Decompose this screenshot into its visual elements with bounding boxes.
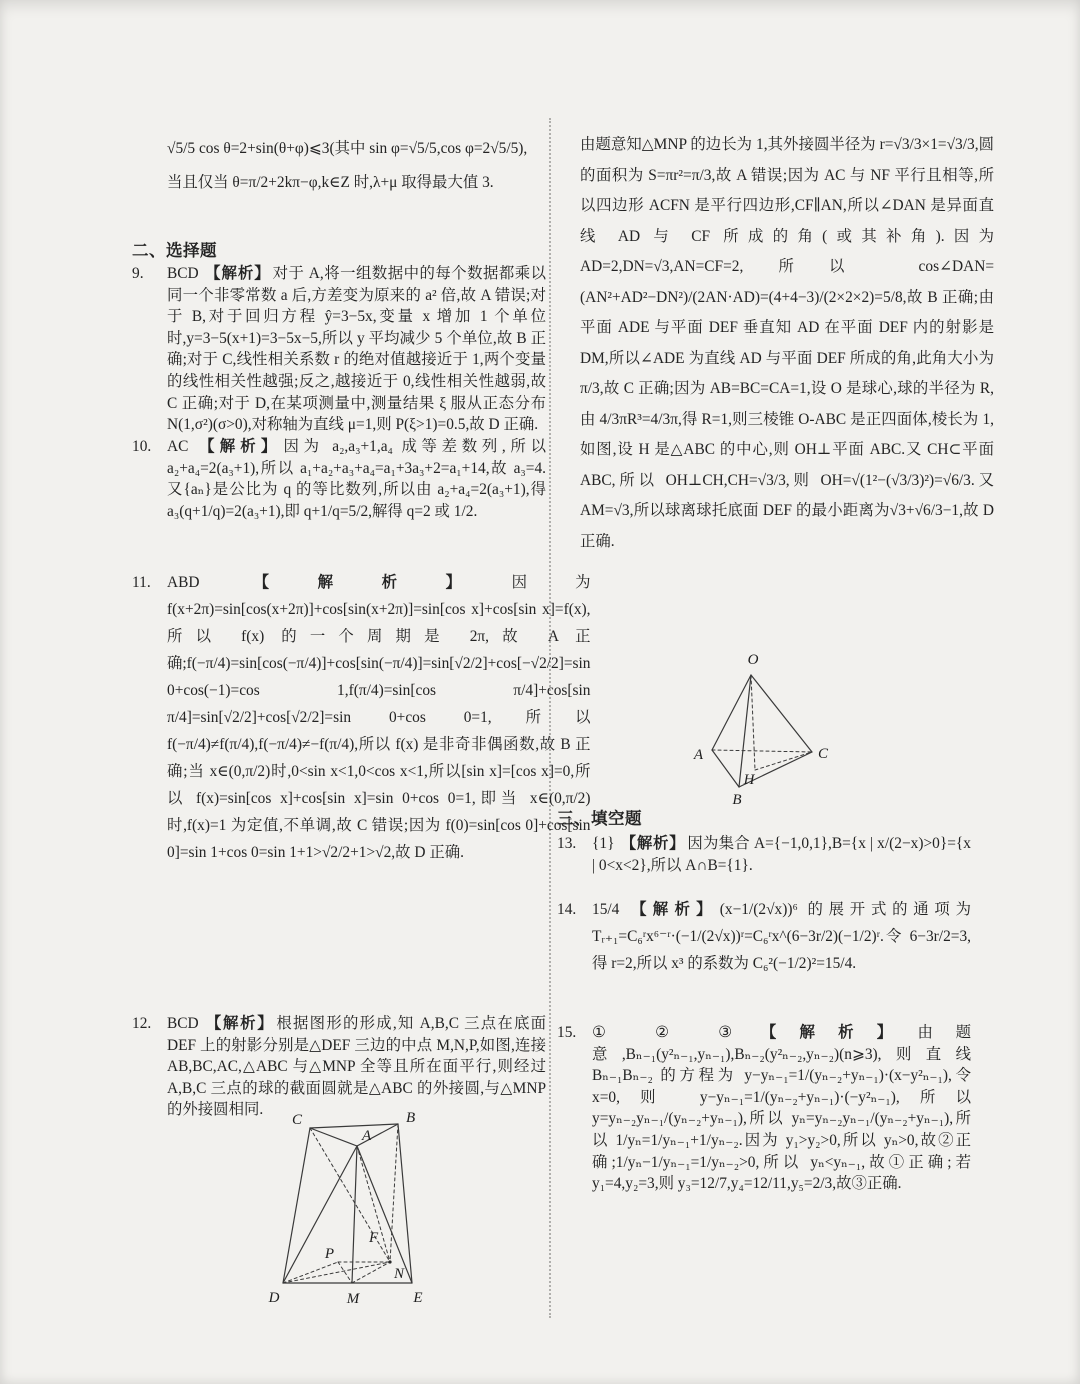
figure-tetrahedron-oabc: O A B C H xyxy=(672,650,872,812)
item-answer: {1} xyxy=(592,835,614,852)
item-14: 14. 15/4【解析】(x−1/(2√x))⁶ 的展开式的通项为 Tᵣ₊₁=C… xyxy=(557,896,971,977)
figure-label-d: D xyxy=(268,1290,280,1306)
intro-text: 当且仅当 θ=π/2+2kπ−φ,k∈Z 时,λ+μ 取得最大值 3. xyxy=(167,170,581,196)
figure-label-h: H xyxy=(743,772,756,788)
analysis-tag: 【解析】 xyxy=(194,438,281,455)
item-text: 对于 A,将一组数据中的每个数据都乘以同一个非零常数 a 后,方差变为原来的 a… xyxy=(167,265,546,433)
item-10: 10. AC【解析】因为 a₂,a₃+1,a₄ 成等差数列,所以 a₂+a₄=2… xyxy=(132,436,546,522)
figure-label-n: N xyxy=(393,1266,405,1282)
item-number: 11. xyxy=(132,569,167,866)
point-n xyxy=(388,1260,391,1263)
figure-labels: O A B C H xyxy=(693,652,829,808)
figure-label-e: E xyxy=(412,1290,422,1306)
intro-formula: √5/5 cos θ=2+sin(θ+φ)⩽3(其中 sin φ=√5/5,co… xyxy=(167,136,581,162)
item-11: 11. ABD【解析】因为 f(x+2π)=sin[cos(x+2π)]+cos… xyxy=(132,569,546,866)
item-answer: BCD xyxy=(167,1015,199,1032)
figure-label-f: F xyxy=(368,1230,379,1246)
item-number: 9. xyxy=(132,263,167,436)
figure-label-m: M xyxy=(346,1291,361,1307)
analysis-tag: 【解析】 xyxy=(761,1024,916,1041)
scanned-answer-page: √5/5 cos θ=2+sin(θ+φ)⩽3(其中 sin φ=√5/5,co… xyxy=(0,0,1080,1384)
item-answer: ABD xyxy=(167,574,200,591)
section-heading-choice: 二、选择题 xyxy=(132,240,546,262)
figure-edges-dashed xyxy=(283,1124,398,1283)
figure-label-a: A xyxy=(361,1128,372,1144)
item-answer: BCD xyxy=(167,265,199,282)
figure-label-a: A xyxy=(693,747,704,763)
figure-label-b: B xyxy=(406,1112,415,1126)
item-number: 10. xyxy=(132,436,167,522)
analysis-tag: 【解析】 xyxy=(625,901,717,918)
item-body: 15/4【解析】(x−1/(2√x))⁶ 的展开式的通项为 Tᵣ₊₁=C₆ʳx⁶… xyxy=(592,896,971,977)
item-9: 9. BCD【解析】对于 A,将一组数据中的每个数据都乘以同一个非零常数 a 后… xyxy=(132,263,546,436)
item-text: 由题意,Bₙ₋₁(y²ₙ₋₁,yₙ₋₁),Bₙ₋₂(y²ₙ₋₂,yₙ₋₂)(n⩾… xyxy=(592,1024,971,1192)
tetrahedron-svg: O A B C H xyxy=(672,650,872,812)
figure-solid-def: C B A F P N D M E xyxy=(250,1112,480,1312)
item-number: 14. xyxy=(557,896,592,977)
figure-label-b: B xyxy=(732,792,741,808)
item-body: ABD【解析】因为 f(x+2π)=sin[cos(x+2π)]+cos[sin… xyxy=(167,569,591,866)
item-15: 15. ① ② ③【解析】由题意,Bₙ₋₁(y²ₙ₋₁,yₙ₋₁),Bₙ₋₂(y… xyxy=(557,1022,971,1195)
analysis-tag: 【解析】 xyxy=(206,574,510,591)
figure-label-p: P xyxy=(324,1246,334,1262)
item-number: 15. xyxy=(557,1022,592,1195)
analysis-tag: 【解析】 xyxy=(205,1015,275,1032)
solid-def-svg: C B A F P N D M E xyxy=(250,1112,480,1312)
figure-label-c: C xyxy=(818,746,829,762)
intro-continuation: √5/5 cos θ=2+sin(θ+φ)⩽3(其中 sin φ=√5/5,co… xyxy=(132,136,581,196)
item-answer: ① ② ③ xyxy=(592,1024,755,1041)
item-text: 因为 f(x+2π)=sin[cos(x+2π)]+cos[sin(x+2π)]… xyxy=(167,574,591,861)
figure-label-c: C xyxy=(292,1112,303,1128)
figure-edges-solid xyxy=(712,675,812,787)
analysis-tag: 【解析】 xyxy=(205,265,271,282)
item-body: ① ② ③【解析】由题意,Bₙ₋₁(y²ₙ₋₁,yₙ₋₁),Bₙ₋₂(y²ₙ₋₂… xyxy=(592,1022,971,1195)
item-number: 12. xyxy=(132,1013,167,1121)
item-12-continuation: 由题意知△MNP 的边长为 1,其外接圆半径为 r=√3/3×1=√3/3,圆的… xyxy=(557,130,994,557)
item-number: 13. xyxy=(557,833,592,876)
figure-edges-solid xyxy=(283,1124,412,1283)
item-answer: AC xyxy=(167,438,188,455)
section-heading-fill: 三、填空题 xyxy=(557,808,971,830)
item-12: 12. BCD【解析】根据图形的形成,知 A,B,C 三点在底面 DEF 上的射… xyxy=(132,1013,546,1121)
item-answer: 15/4 xyxy=(592,901,619,918)
item-body: AC【解析】因为 a₂,a₃+1,a₄ 成等差数列,所以 a₂+a₄=2(a₃+… xyxy=(167,436,546,522)
figure-label-o: O xyxy=(748,652,759,668)
item-body: BCD【解析】对于 A,将一组数据中的每个数据都乘以同一个非零常数 a 后,方差… xyxy=(167,263,546,436)
item-body: {1}【解析】因为集合 A={−1,0,1},B={x | x/(2−x)>0}… xyxy=(592,833,971,876)
item-13: 13. {1}【解析】因为集合 A={−1,0,1},B={x | x/(2−x… xyxy=(557,833,971,876)
item-body: BCD【解析】根据图形的形成,知 A,B,C 三点在底面 DEF 上的射影分别是… xyxy=(167,1013,546,1121)
analysis-tag: 【解析】 xyxy=(620,835,685,852)
